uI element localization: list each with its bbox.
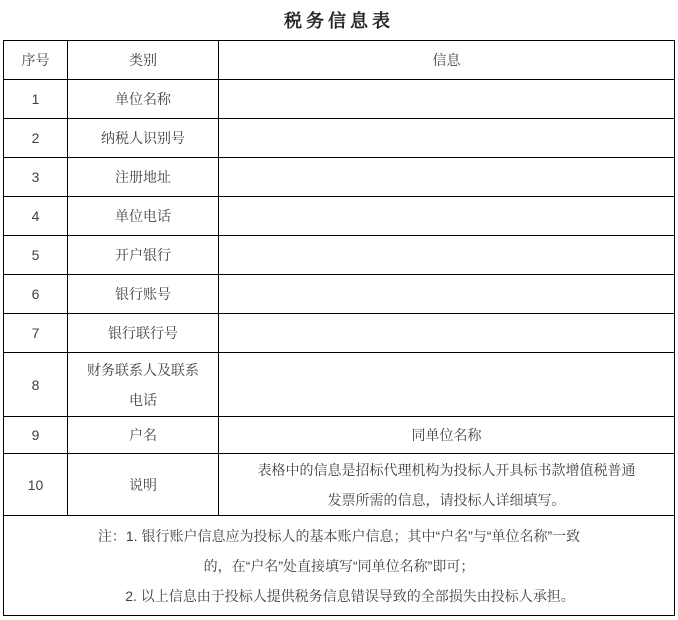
header-row: 序号 类别 信息	[4, 41, 675, 80]
row-2-info-field[interactable]	[219, 119, 675, 158]
table-row: 9 户名 同单位名称	[4, 417, 675, 454]
row-6-index: 6	[4, 275, 68, 314]
row-3-info-field[interactable]	[219, 158, 675, 197]
table-row: 7 银行联行号	[4, 314, 675, 353]
row-10-info-line-1: 表格中的信息是招标代理机构为投标人开具标书款增值税普通	[219, 455, 674, 485]
table-row: 10 说明 表格中的信息是招标代理机构为投标人开具标书款增值税普通 发票所需的信…	[4, 454, 675, 516]
row-9-info-value: 同单位名称	[219, 417, 675, 454]
row-3-category: 注册地址	[68, 158, 219, 197]
notes-row: 注：1. 银行账户信息应为投标人的基本账户信息；其中“户名”与“单位名称”一致 …	[4, 516, 675, 616]
row-5-info-field[interactable]	[219, 236, 675, 275]
column-header-info: 信息	[219, 41, 675, 80]
row-8-info-field[interactable]	[219, 353, 675, 417]
row-8-category: 财务联系人及联系 电话	[68, 353, 219, 417]
row-5-index: 5	[4, 236, 68, 275]
column-header-index: 序号	[4, 41, 68, 80]
row-9-category: 户名	[68, 417, 219, 454]
row-9-index: 9	[4, 417, 68, 454]
row-1-info-field[interactable]	[219, 80, 675, 119]
row-3-index: 3	[4, 158, 68, 197]
row-6-info-field[interactable]	[219, 275, 675, 314]
row-1-category: 单位名称	[68, 80, 219, 119]
row-4-index: 4	[4, 197, 68, 236]
table-row: 3 注册地址	[4, 158, 675, 197]
column-header-category: 类别	[68, 41, 219, 80]
note-line-2: 的，在“户名”处直接填写“同单位名称”即可；	[4, 551, 674, 581]
notes-cell: 注：1. 银行账户信息应为投标人的基本账户信息；其中“户名”与“单位名称”一致 …	[4, 516, 675, 616]
row-1-index: 1	[4, 80, 68, 119]
row-10-info-line-2: 发票所需的信息，请投标人详细填写。	[219, 485, 674, 515]
row-7-info-field[interactable]	[219, 314, 675, 353]
row-4-info-field[interactable]	[219, 197, 675, 236]
row-8-category-line-1: 财务联系人及联系	[68, 355, 218, 385]
row-7-index: 7	[4, 314, 68, 353]
table-row: 6 银行账号	[4, 275, 675, 314]
row-4-category: 单位电话	[68, 197, 219, 236]
row-8-category-line-2: 电话	[68, 385, 218, 415]
page-title: 税务信息表	[0, 7, 678, 33]
table-row: 5 开户银行	[4, 236, 675, 275]
row-10-category: 说明	[68, 454, 219, 516]
note-line-3: 2. 以上信息由于投标人提供税务信息错误导致的全部损失由投标人承担。	[4, 581, 674, 611]
note-line-1: 注：1. 银行账户信息应为投标人的基本账户信息；其中“户名”与“单位名称”一致	[4, 521, 674, 551]
row-7-category: 银行联行号	[68, 314, 219, 353]
table-row: 4 单位电话	[4, 197, 675, 236]
row-10-info-value: 表格中的信息是招标代理机构为投标人开具标书款增值税普通 发票所需的信息，请投标人…	[219, 454, 675, 516]
row-5-category: 开户银行	[68, 236, 219, 275]
row-6-category: 银行账号	[68, 275, 219, 314]
row-2-index: 2	[4, 119, 68, 158]
table-row: 8 财务联系人及联系 电话	[4, 353, 675, 417]
row-2-category: 纳税人识别号	[68, 119, 219, 158]
row-8-index: 8	[4, 353, 68, 417]
table-row: 1 单位名称	[4, 80, 675, 119]
tax-info-table: 序号 类别 信息 1 单位名称 2 纳税人识别号 3 注册地址 4 单位电话 5…	[3, 40, 675, 616]
table-row: 2 纳税人识别号	[4, 119, 675, 158]
document-page: 税务信息表 序号 类别 信息 1 单位名称 2 纳税人识别号 3 注册地址 4 …	[0, 0, 678, 620]
row-10-index: 10	[4, 454, 68, 516]
